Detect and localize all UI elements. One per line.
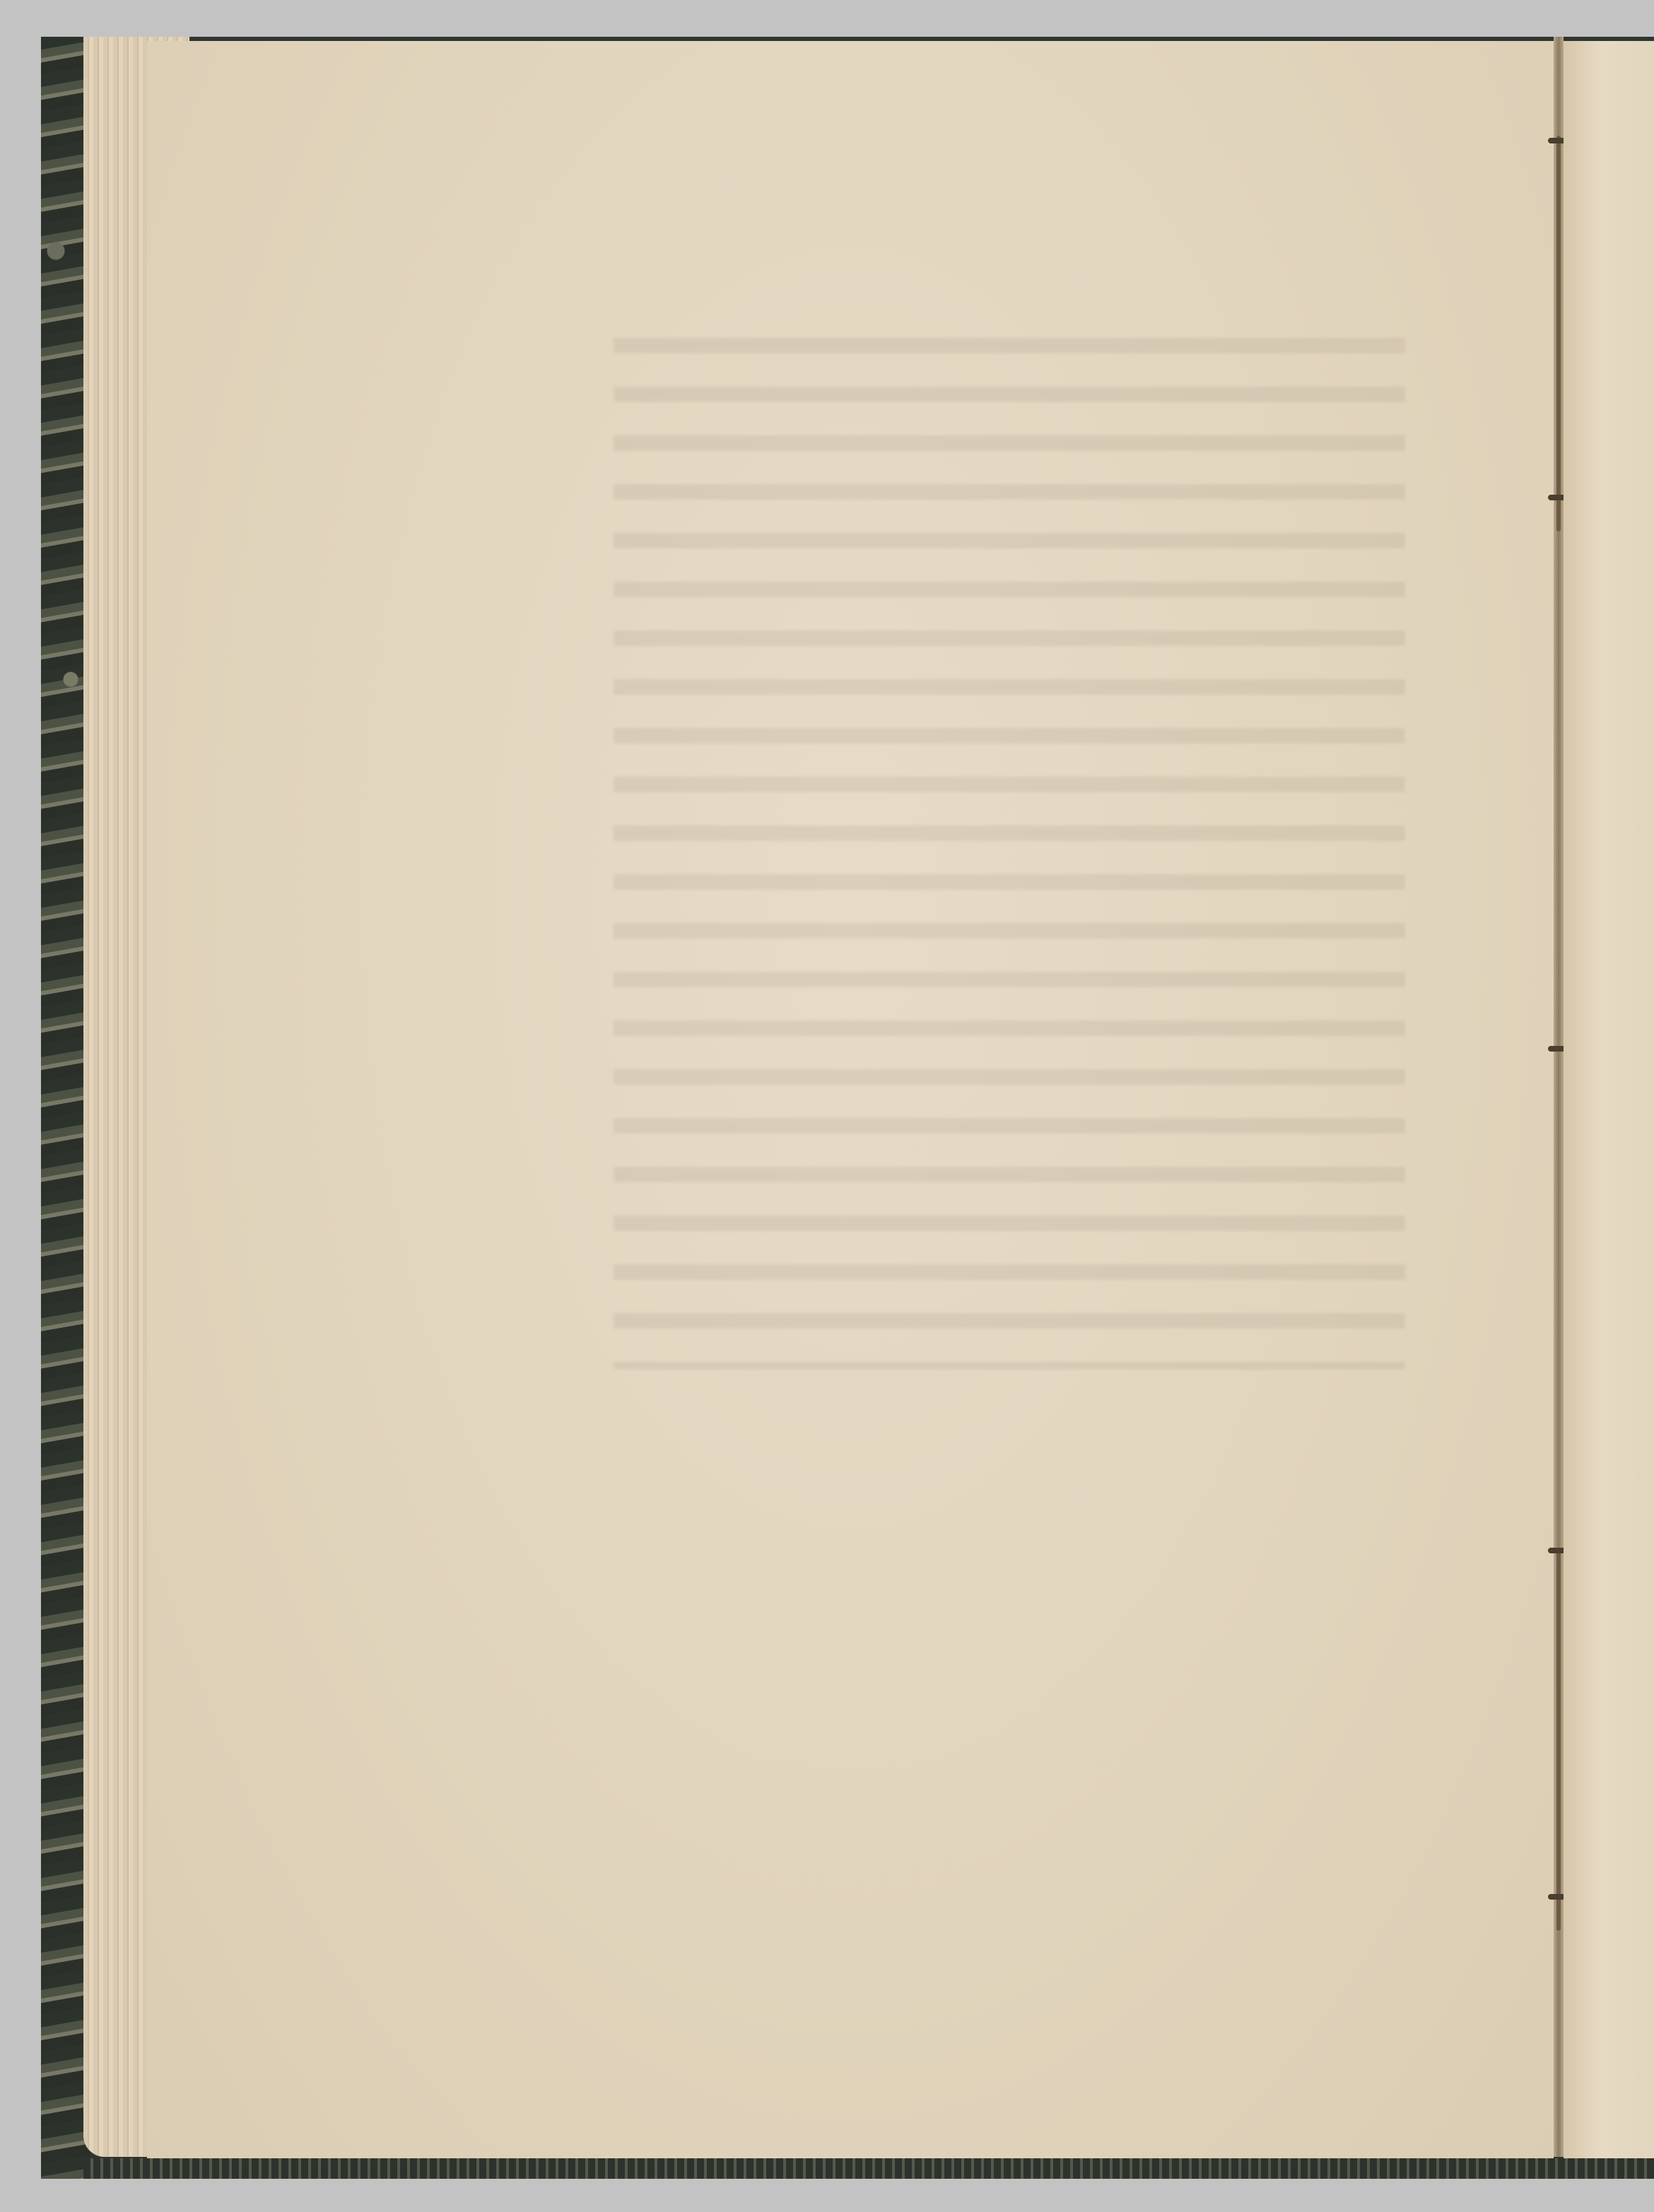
facing-page-edge [1564, 41, 1654, 2158]
blank-page [147, 41, 1554, 2158]
book-scan [41, 37, 1654, 2179]
binding-thread [1556, 136, 1561, 531]
cover-bottom-edge [83, 2158, 1654, 2179]
binding-thread [1556, 1549, 1561, 1931]
show-through-ghost-text [614, 310, 1405, 1370]
